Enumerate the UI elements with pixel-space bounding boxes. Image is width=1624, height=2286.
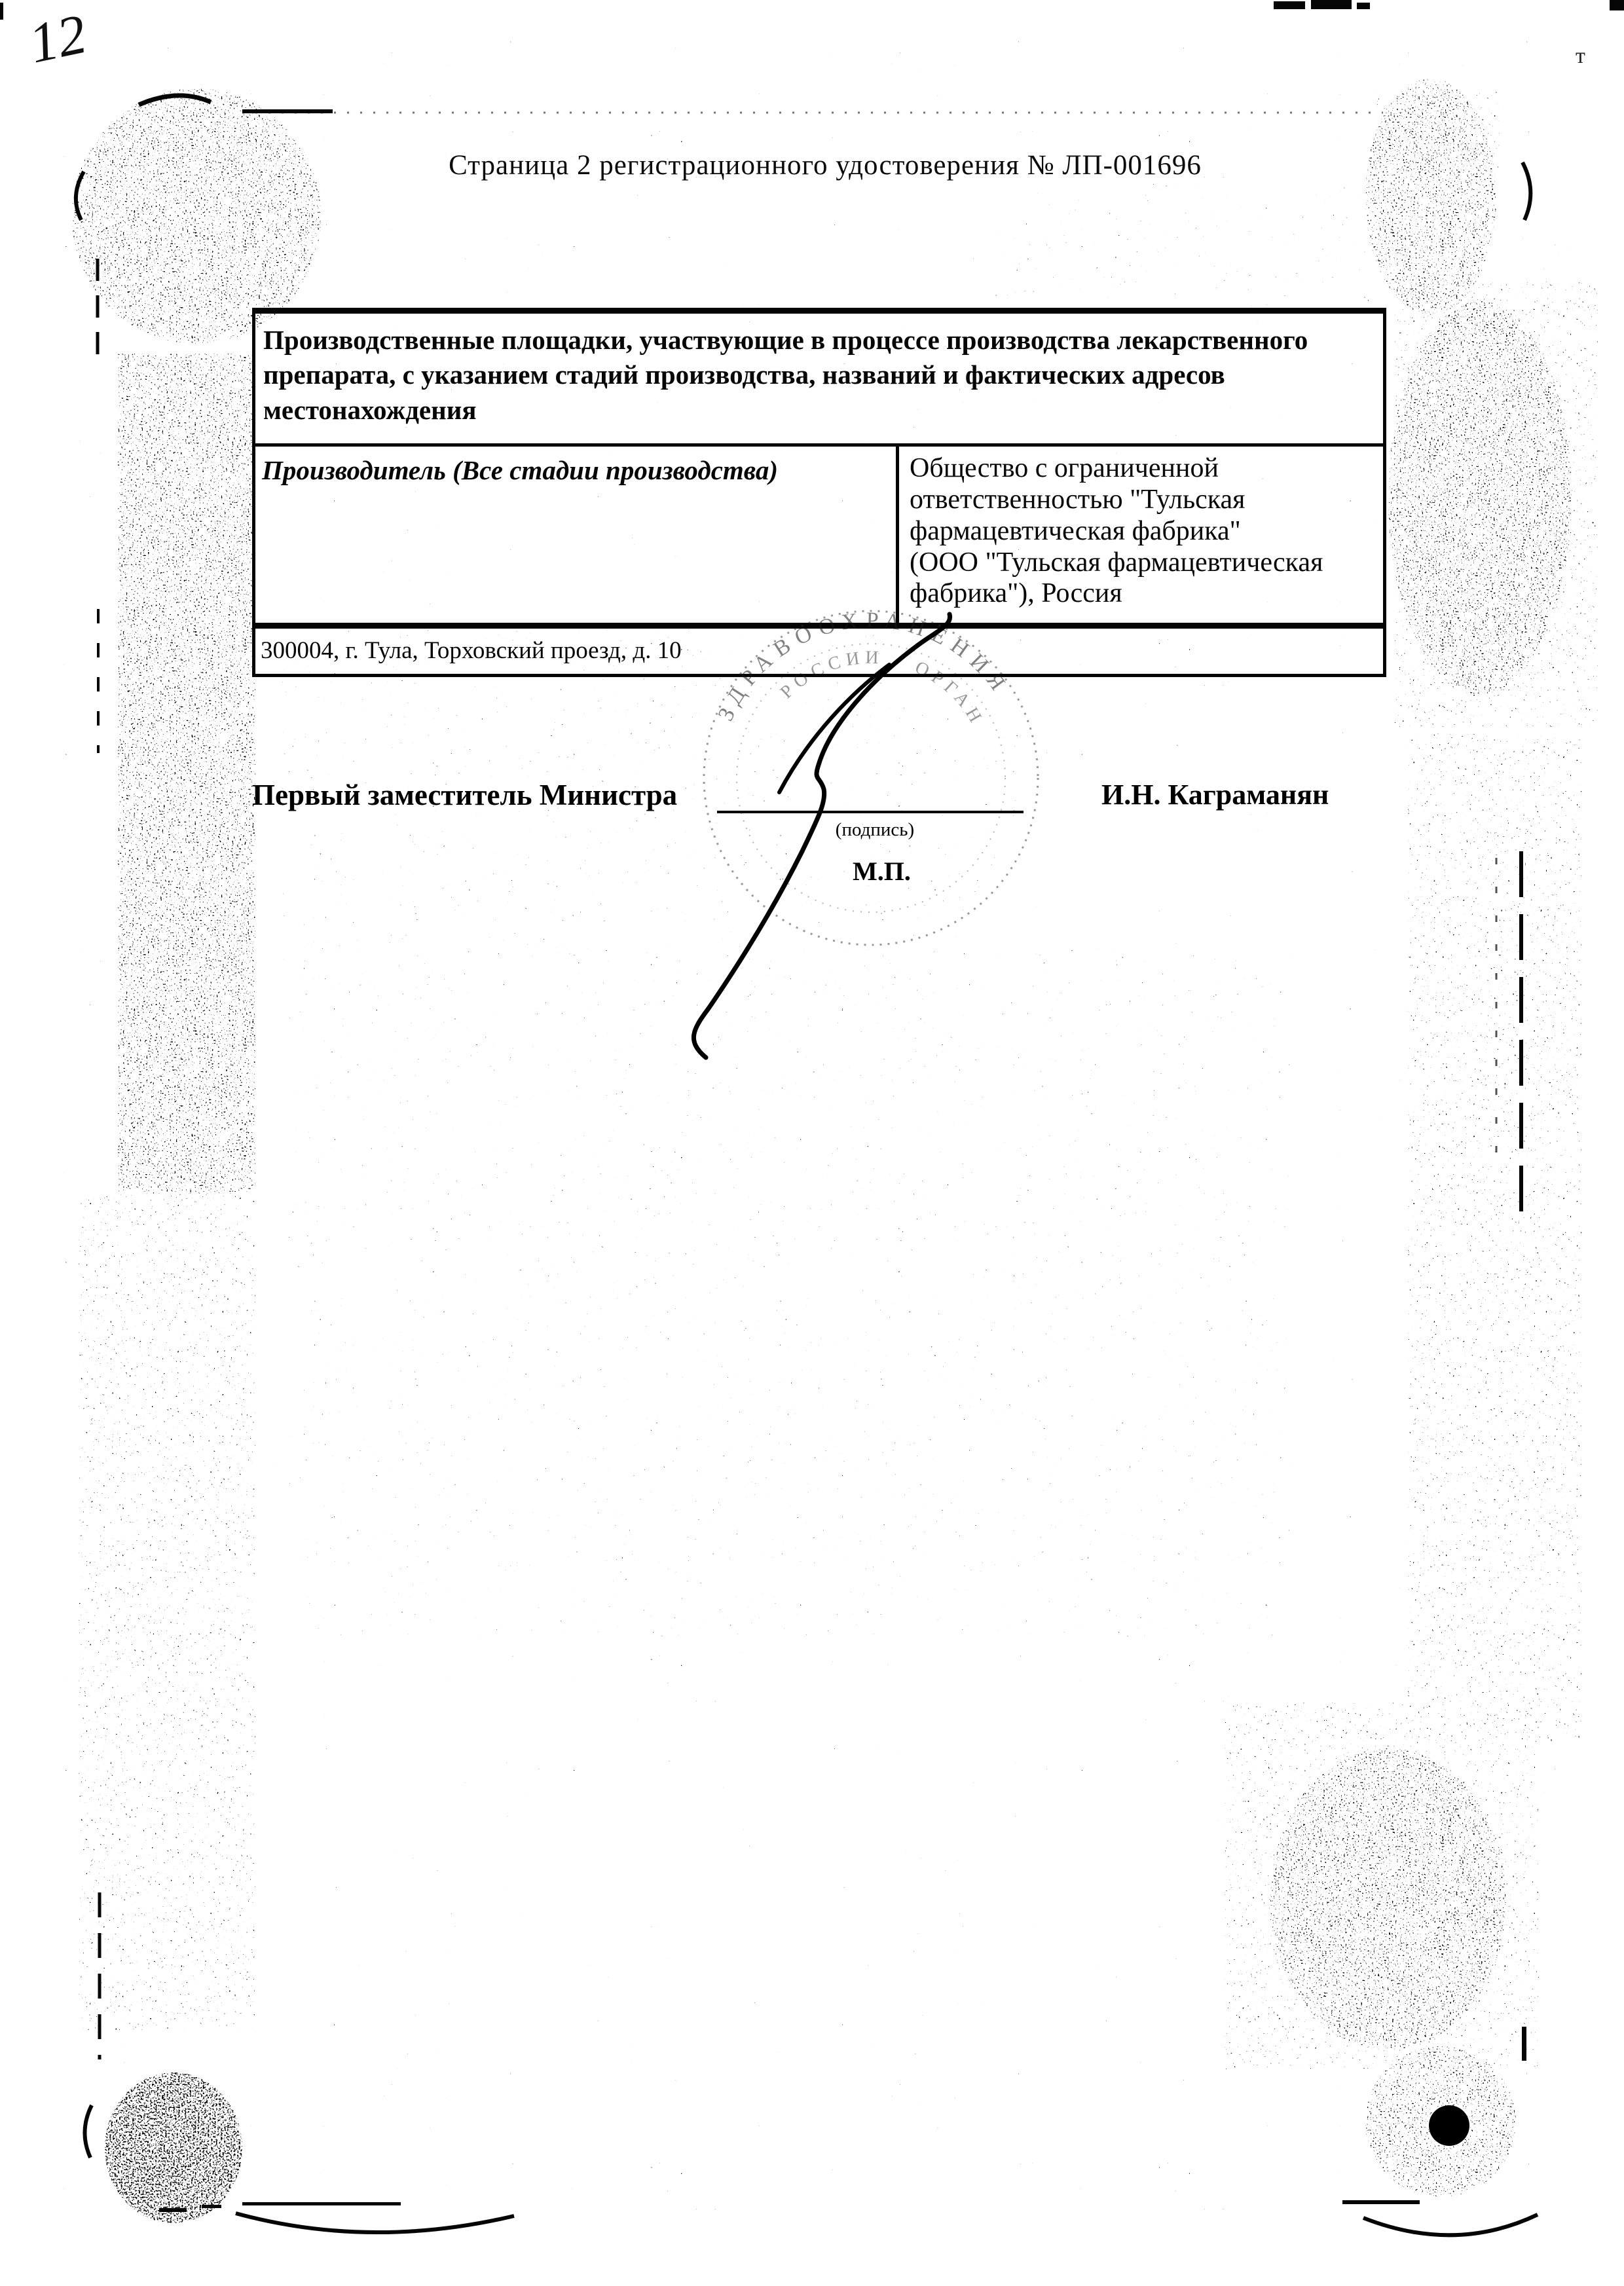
scan-noise-regions [39,39,1598,2223]
top-right-tick-mark: т [1576,44,1585,68]
handwritten-page-number: 12 [24,2,92,75]
scan-artifacts-overlay: 12 т ЗДРАВООХРАНЕНИЯ РОССИИ · ОРГАН [0,0,1624,2286]
ink-dot [1429,2105,1469,2146]
scanned-certificate-page: Страница 2 регистрационного удостоверени… [0,0,1624,2286]
